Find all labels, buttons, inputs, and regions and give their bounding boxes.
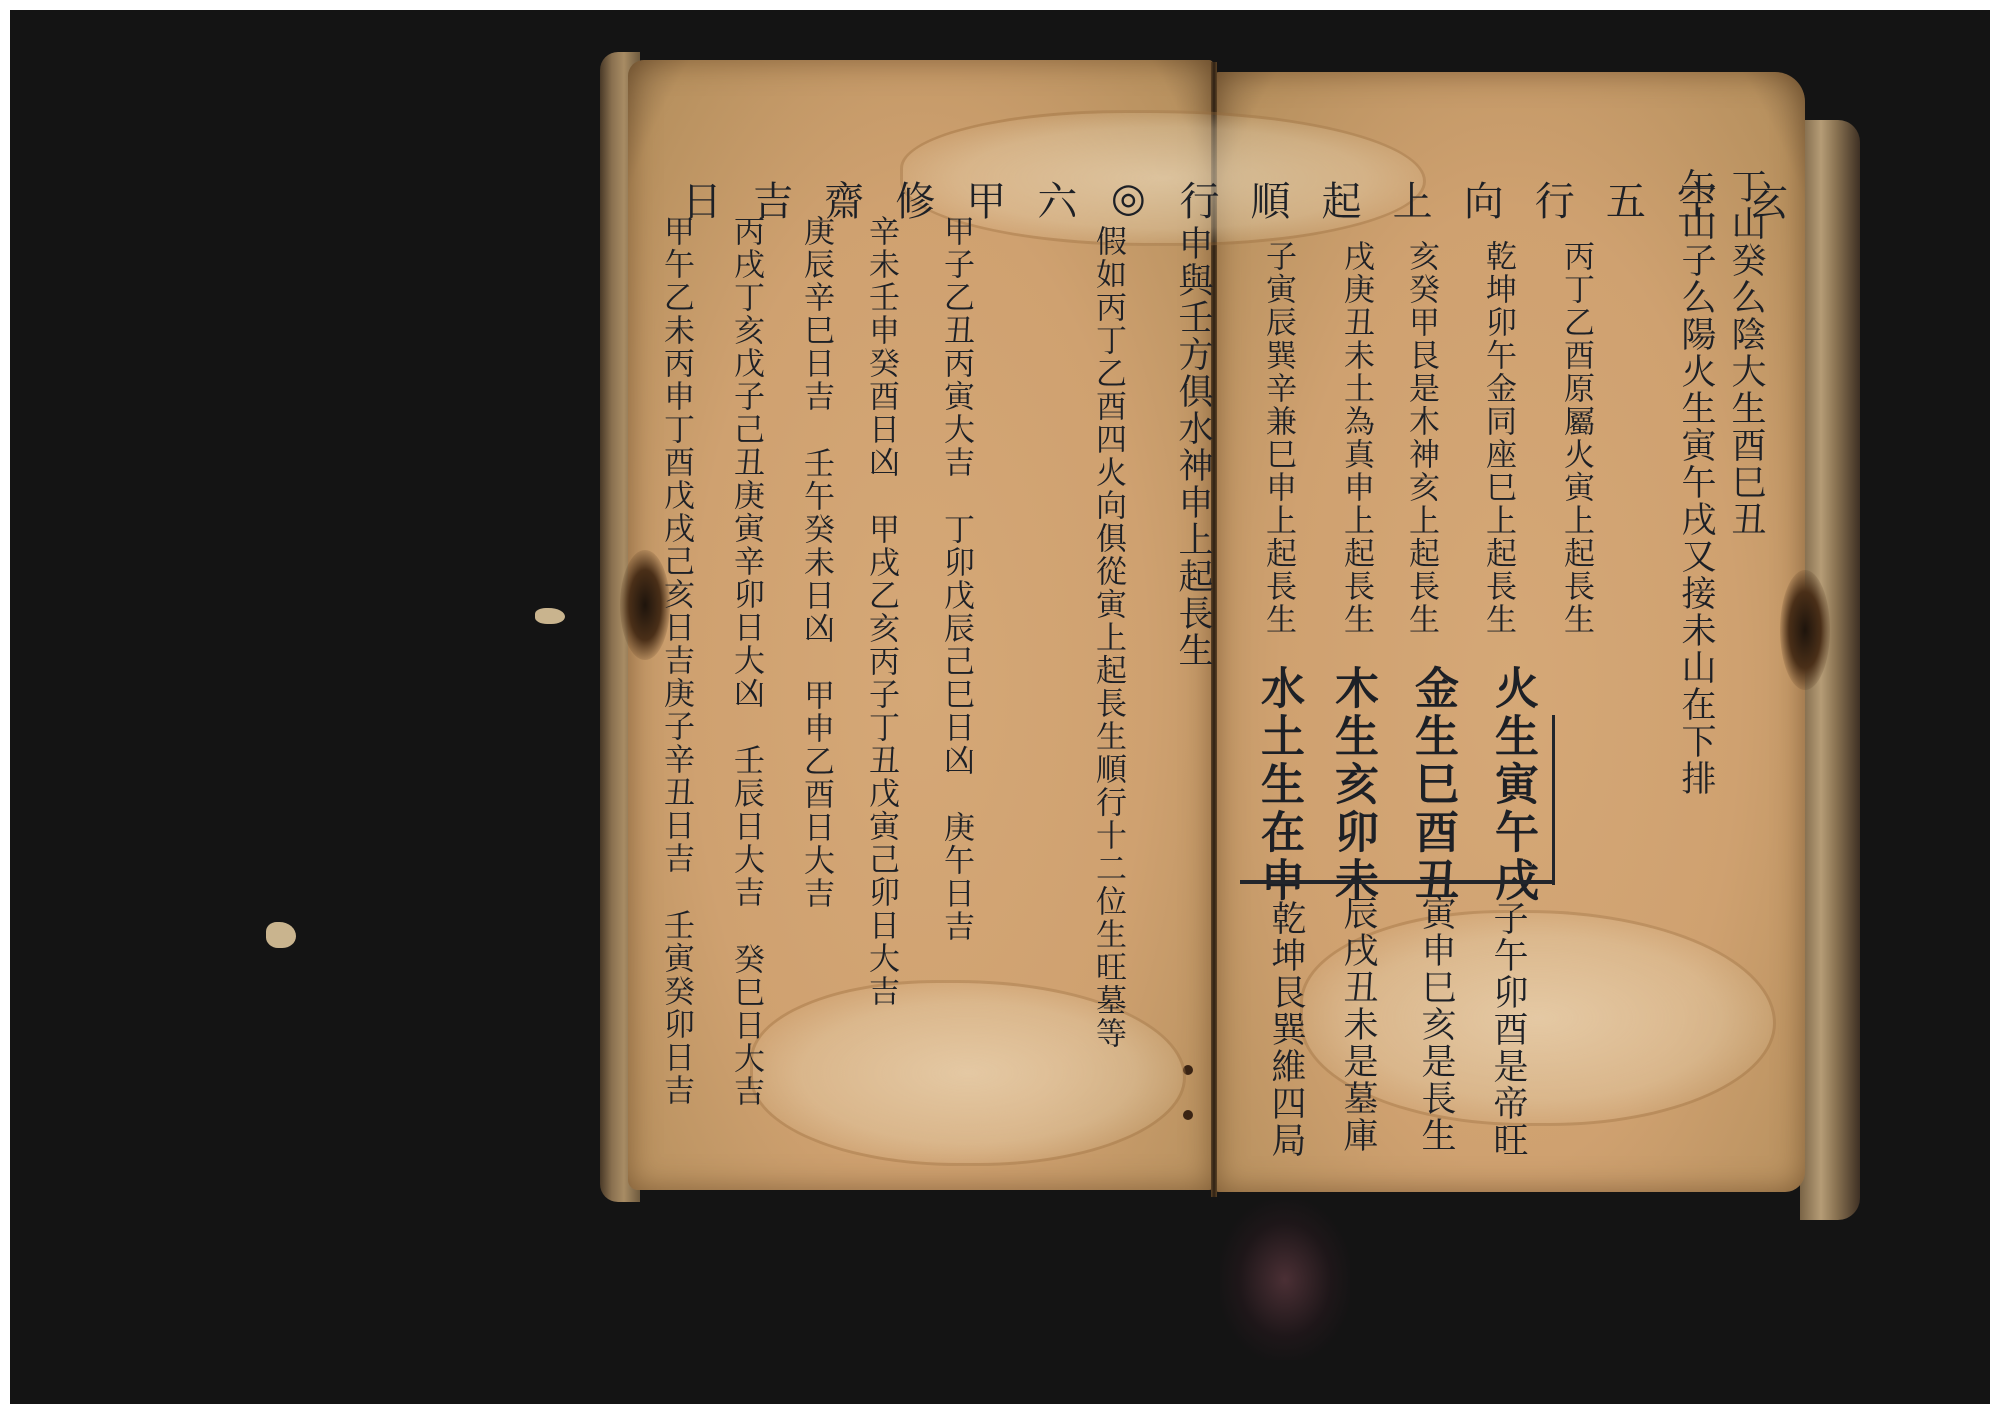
date-entry: 庚辰辛巳日吉: [798, 215, 834, 413]
text-column: 乾坤艮巽維四局: [1268, 900, 1303, 1159]
text-column: 丙丁乙酉原屬火寅上起長生: [1560, 240, 1591, 636]
text-column: 辰戌丑未是墓庫: [1340, 895, 1375, 1154]
date-column: 甲午乙未丙申丁酉戊戌己亥日吉庚子辛丑日吉壬寅癸卯日吉: [660, 215, 691, 1107]
header-char: 起: [1320, 170, 1364, 227]
header-title-row: 玄 空 五 行 向 上 起 順 行 ◎ 六 甲 修 齋 吉 日: [680, 168, 1790, 228]
header-char: 行: [1177, 170, 1221, 227]
paper-fleck: [535, 608, 565, 624]
text-column: 亥癸甲艮是木神亥上起長生: [1405, 240, 1436, 636]
summary-column: 金生巳酉丑: [1410, 665, 1454, 905]
text-column: 申與壬方俱水神申上起長生: [1175, 225, 1210, 669]
header-char: 五: [1604, 170, 1648, 227]
burn-mark: [1780, 570, 1830, 690]
header-char: 六: [1035, 170, 1079, 227]
circle-mark-icon: ◎: [1106, 175, 1150, 221]
date-entry: 甲午乙未丙申丁酉戊戌己亥日吉庚子辛丑日吉: [658, 215, 694, 875]
text-column: 假如丙丁乙酉四火向俱從寅上起長生順行十二位生旺墓等: [1092, 225, 1123, 1050]
date-entry: 癸巳日大吉: [728, 943, 764, 1108]
date-column: 庚辰辛巳日吉壬午癸未日凶甲申乙酉日大吉: [800, 215, 831, 910]
summary-column: 火生寅午戌: [1490, 665, 1534, 905]
date-column: 丙戌丁亥戊子己丑庚寅辛卯日大凶壬辰日大吉癸巳日大吉: [730, 215, 761, 1108]
hand-shadow: [1220, 1200, 1350, 1360]
paper-fleck: [266, 922, 296, 948]
header-char: 行: [1533, 170, 1577, 227]
date-entry: 甲申乙酉日大吉: [798, 679, 834, 910]
header-char: 修: [893, 170, 937, 227]
text-column: 乾坤卯午金同座巳上起長生: [1482, 240, 1513, 636]
date-entry: 壬寅癸卯日吉: [658, 909, 694, 1107]
header-char: 順: [1249, 170, 1293, 227]
date-entry: 壬辰日大吉: [728, 744, 764, 909]
date-entry: 辛未壬申癸酉日凶: [863, 215, 899, 479]
date-entry: 丁卯戊辰己巳日凶: [938, 513, 974, 777]
binding-hole: [1183, 1110, 1193, 1120]
summary-column: 木生亥卯未: [1330, 665, 1374, 905]
date-entry: 甲子乙丑丙寅大吉: [938, 215, 974, 479]
text-column: 午山子么陽火生寅午戌又接未山在下排: [1678, 168, 1713, 797]
header-char: 向: [1462, 170, 1506, 227]
date-column: 辛未壬申癸酉日凶甲戌乙亥丙子丁丑戊寅己卯日大吉: [865, 215, 896, 1008]
date-entry: 壬午癸未日凶: [798, 447, 834, 645]
box-border-vertical: [1552, 715, 1555, 885]
text-column: 子寅辰巽辛兼巳申上起長生: [1262, 240, 1293, 636]
date-entry: 甲戌乙亥丙子丁丑戊寅己卯日大吉: [863, 513, 899, 1008]
text-column: 寅申巳亥是長生: [1418, 895, 1453, 1154]
text-column: 子午卯酉是帝旺: [1490, 900, 1525, 1159]
box-border-horizontal: [1240, 880, 1554, 884]
summary-column: 水土生在申: [1256, 665, 1300, 905]
text-column: 丁山癸么陰大生酉巳丑: [1728, 168, 1763, 538]
date-entry: 庚午日吉: [938, 811, 974, 943]
date-entry: 丙戌丁亥戊子己丑庚寅辛卯日大凶: [728, 215, 764, 710]
date-column: 甲子乙丑丙寅大吉丁卯戊辰己巳日凶庚午日吉: [940, 215, 971, 943]
header-char: 上: [1391, 170, 1435, 227]
text-column: 戌庚丑未土為真申上起長生: [1340, 240, 1371, 636]
